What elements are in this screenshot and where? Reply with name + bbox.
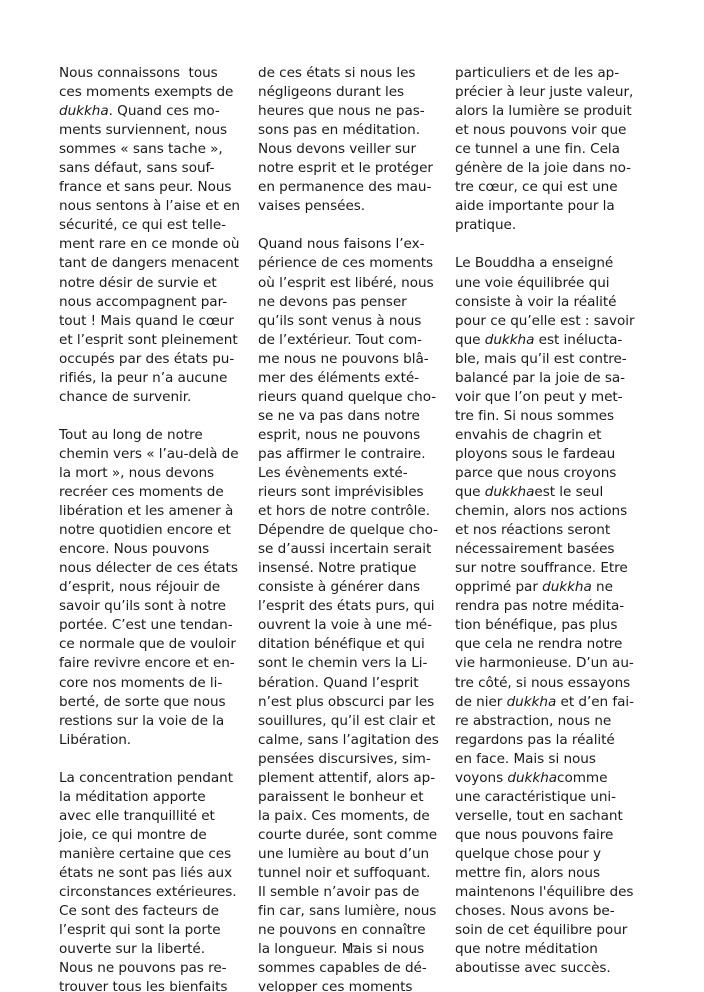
text-line: paraissent le bonheur et [258,788,458,807]
text-line: manière certaine que ces [59,845,259,864]
text-run: voyons [455,770,507,786]
text-run: de nier [455,694,507,710]
text-line: que nous pouvons faire [455,826,665,845]
text-line: une voie équilibrée qui [455,274,665,293]
text-line: bération. Quand l’esprit [258,674,458,693]
text-line: que dukkhaest le seul [455,483,665,502]
text-line: particuliers et de les ap- [455,64,665,83]
text-line: insensé. Notre pratique [258,559,458,578]
text-line: tout ! Mais quand le cœur [59,312,259,331]
document-page: Nous connaissons tousces moments exempts… [0,0,704,992]
text-line: Tout au long de notre [59,426,259,445]
text-line: et nous pouvons voir que [455,121,665,140]
text-line: chemin, alors nos actions [455,502,665,521]
text-line: occupés par des états pu- [59,350,259,369]
text-line: une caractéristique uni- [455,788,665,807]
text-line: périence de ces moments [258,254,458,273]
text-line: nous accompagnent par- [59,293,259,312]
text-line: la méditation apporte [59,788,259,807]
text-line: esprit, nous ne pouvons [258,426,458,445]
text-line: encore. Nous pouvons [59,540,259,559]
page-number: 17 [0,942,704,957]
text-line: Nous devons veiller sur [258,140,458,159]
text-line: précier à leur juste valeur, [455,83,665,102]
text-run: comme [557,770,607,786]
text-line: sont le chemin vers la Li- [258,654,458,673]
text-line: l’esprit des états purs, qui [258,597,458,616]
text-line: n’est plus obscurci par les [258,693,458,712]
text-line: aboutisse avec succès. [455,959,665,978]
text-line: tant de dangers menacent [59,254,259,273]
text-line: sur notre souffrance. Etre [455,559,665,578]
text-line: ditation bénéfique et qui [258,635,458,654]
text-line: ment rare en ce monde où [59,235,259,254]
text-line: avec elle tranquillité et [59,807,259,826]
text-line: nécessairement basées [455,540,665,559]
text-line: notre quotidien encore et [59,521,259,540]
text-line: ployons sous le fardeau [455,445,665,464]
text-line: fin car, sans lumière, nous [258,902,458,921]
text-line: quelque chose pour y [455,845,665,864]
text-line: berté, de sorte que nous [59,693,259,712]
text-line: et nos réactions seront [455,521,665,540]
text-line: l’esprit qui sont la porte [59,921,259,940]
text-line: maintenons l'équilibre des [455,883,665,902]
text-column-2: de ces états si nous lesnégligeons duran… [258,64,458,992]
text-line: alors la lumière se produit [455,102,665,121]
text-run: que [455,484,485,500]
text-line: choses. Nous avons be- [455,902,665,921]
text-line: verselle, tout en sachant [455,807,665,826]
text-line: rendra pas notre médita- [455,597,665,616]
text-line: sons pas en méditation. [258,121,458,140]
text-line: envahis de chagrin et [455,426,665,445]
text-run: est inélucta- [534,332,622,348]
text-line: mettre fin, alors nous [455,864,665,883]
text-line: notre désir de survie et [59,274,259,293]
text-line: Nous ne pouvons pas re- [59,959,259,978]
text-line: rieurs sont imprévisibles [258,483,458,502]
text-line: ments surviennent, nous [59,121,259,140]
text-line: heures que nous ne pas- [258,102,458,121]
text-line: vaises pensées. [258,197,458,216]
text-line: restions sur la voie de la [59,712,259,731]
text-line: core nos moments de li- [59,674,259,693]
text-line: tre cœur, ce qui est une [455,178,665,197]
text-line: soin de cet équilibre pour [455,921,665,940]
text-run: ne [592,579,613,595]
text-line: consiste à générer dans [258,578,458,597]
text-line: aide importante pour la [455,197,665,216]
text-line: qu’ils sont venus à nous [258,312,458,331]
text-line: plement attentif, alors ap- [258,769,458,788]
text-line: tion bénéfique, pas plus [455,616,665,635]
text-line: trouver tous les bienfaits [59,978,259,992]
text-line: de l’extérieur. Tout com- [258,331,458,350]
text-run: . Quand ces mo- [109,103,220,119]
text-line: Le Bouddha a enseigné [455,254,665,273]
text-line: nous délecter de ces états [59,559,259,578]
text-line: ouvrent la voie à une mé- [258,616,458,635]
text-column-1: Nous connaissons tousces moments exempts… [59,64,259,992]
text-line: une lumière au bout d’un [258,845,458,864]
text-line: circonstances extérieures. [59,883,259,902]
text-line: Nous connaissons tous [59,64,259,83]
text-line: vie harmonieuse. D’un au- [455,654,665,673]
text-column-3: particuliers et de les ap-précier à leur… [455,64,665,978]
text-line: dukkha. Quand ces mo- [59,102,259,121]
text-line: notre esprit et le protéger [258,159,458,178]
italic-term: dukkha [507,694,557,710]
text-line: me nous ne pouvons blâ- [258,350,458,369]
text-line: la mort », nous devons [59,464,259,483]
text-line: faire revivre encore et en- [59,654,259,673]
text-line: en permanence des mau- [258,178,458,197]
italic-term: dukkha [542,579,592,595]
text-line: états ne sont pas liés aux [59,864,259,883]
text-line: sommes « sans tache », [59,140,259,159]
text-line: Il semble n’avoir pas de [258,883,458,902]
text-line: se d’aussi incertain serait [258,540,458,559]
paragraph-break [59,407,259,426]
text-line: calme, sans l’agitation des [258,731,458,750]
text-line: mer des éléments exté- [258,369,458,388]
text-line: sans défaut, sans souf- [59,159,259,178]
text-line: pas affirmer le contraire. [258,445,458,464]
text-line: ne pouvons en connaître [258,921,458,940]
text-line: Dépendre de quelque cho- [258,521,458,540]
text-line: Ce sont des facteurs de [59,902,259,921]
text-line: pour ce qu’elle est : savoir [455,312,665,331]
text-line: souillures, qu’il est clair et [258,712,458,731]
text-line: france et sans peur. Nous [59,178,259,197]
text-line: tunnel noir et suffoquant. [258,864,458,883]
text-line: courte durée, sont comme [258,826,458,845]
italic-term: dukkha [485,484,535,500]
italic-term: dukkha [485,332,535,348]
text-line: ces moments exempts de [59,83,259,102]
text-line: et hors de notre contrôle. [258,502,458,521]
text-line: se ne va pas dans notre [258,407,458,426]
text-line: Quand nous faisons l’ex- [258,235,458,254]
text-line: de nier dukkha et d’en fai- [455,693,665,712]
text-line: consiste à voir la réalité [455,293,665,312]
text-line: que cela ne rendra notre [455,635,665,654]
text-line: en face. Mais si nous [455,750,665,769]
text-line: d’esprit, nous réjouir de [59,578,259,597]
text-line: tre côté, si nous essayons [455,674,665,693]
text-line: libération et les amener à [59,502,259,521]
text-line: sécurité, ce qui est telle- [59,216,259,235]
text-line: chance de survenir. [59,388,259,407]
text-line: voyons dukkhacomme [455,769,665,788]
text-line: la paix. Ces moments, de [258,807,458,826]
paragraph-break [59,750,259,769]
text-run: et d’en fai- [556,694,634,710]
text-line: de ces états si nous les [258,64,458,83]
text-line: recréer ces moments de [59,483,259,502]
text-line: négligeons durant les [258,83,458,102]
text-line: ce normale que de vouloir [59,635,259,654]
text-line: rifiés, la peur n’a aucune [59,369,259,388]
text-line: velopper ces moments [258,978,458,992]
italic-term: dukkha [507,770,557,786]
text-line: balancé par la joie de sa- [455,369,665,388]
text-line: opprimé par dukkha ne [455,578,665,597]
text-line: sommes capables de dé- [258,959,458,978]
text-line: Libération. [59,731,259,750]
paragraph-break [258,216,458,235]
text-line: pensées discursives, sim- [258,750,458,769]
text-line: rieurs quand quelque cho- [258,388,458,407]
text-line: portée. C’est une tendan- [59,616,259,635]
text-line: pratique. [455,216,665,235]
text-line: nous sentons à l’aise et en [59,197,259,216]
text-line: où l’esprit est libéré, nous [258,274,458,293]
text-line: ne devons pas penser [258,293,458,312]
text-line: génère de la joie dans no- [455,159,665,178]
text-line: La concentration pendant [59,769,259,788]
text-line: que dukkha est inélucta- [455,331,665,350]
text-line: ce tunnel a une fin. Cela [455,140,665,159]
text-line: savoir qu’ils sont à notre [59,597,259,616]
text-line: et l’esprit sont pleinement [59,331,259,350]
text-line: re abstraction, nous ne [455,712,665,731]
text-line: chemin vers « l’au-delà de [59,445,259,464]
text-line: Les évènements exté- [258,464,458,483]
text-line: regardons pas la réalité [455,731,665,750]
text-line: tre fin. Si nous sommes [455,407,665,426]
text-line: ble, mais qu’il est contre- [455,350,665,369]
paragraph-break [455,235,665,254]
text-line: joie, ce qui montre de [59,826,259,845]
text-line: parce que nous croyons [455,464,665,483]
text-line: voir que l’on peut y met- [455,388,665,407]
text-run: opprimé par [455,579,542,595]
text-run: que [455,332,485,348]
italic-term: dukkha [59,103,109,119]
text-run: est le seul [534,484,603,500]
